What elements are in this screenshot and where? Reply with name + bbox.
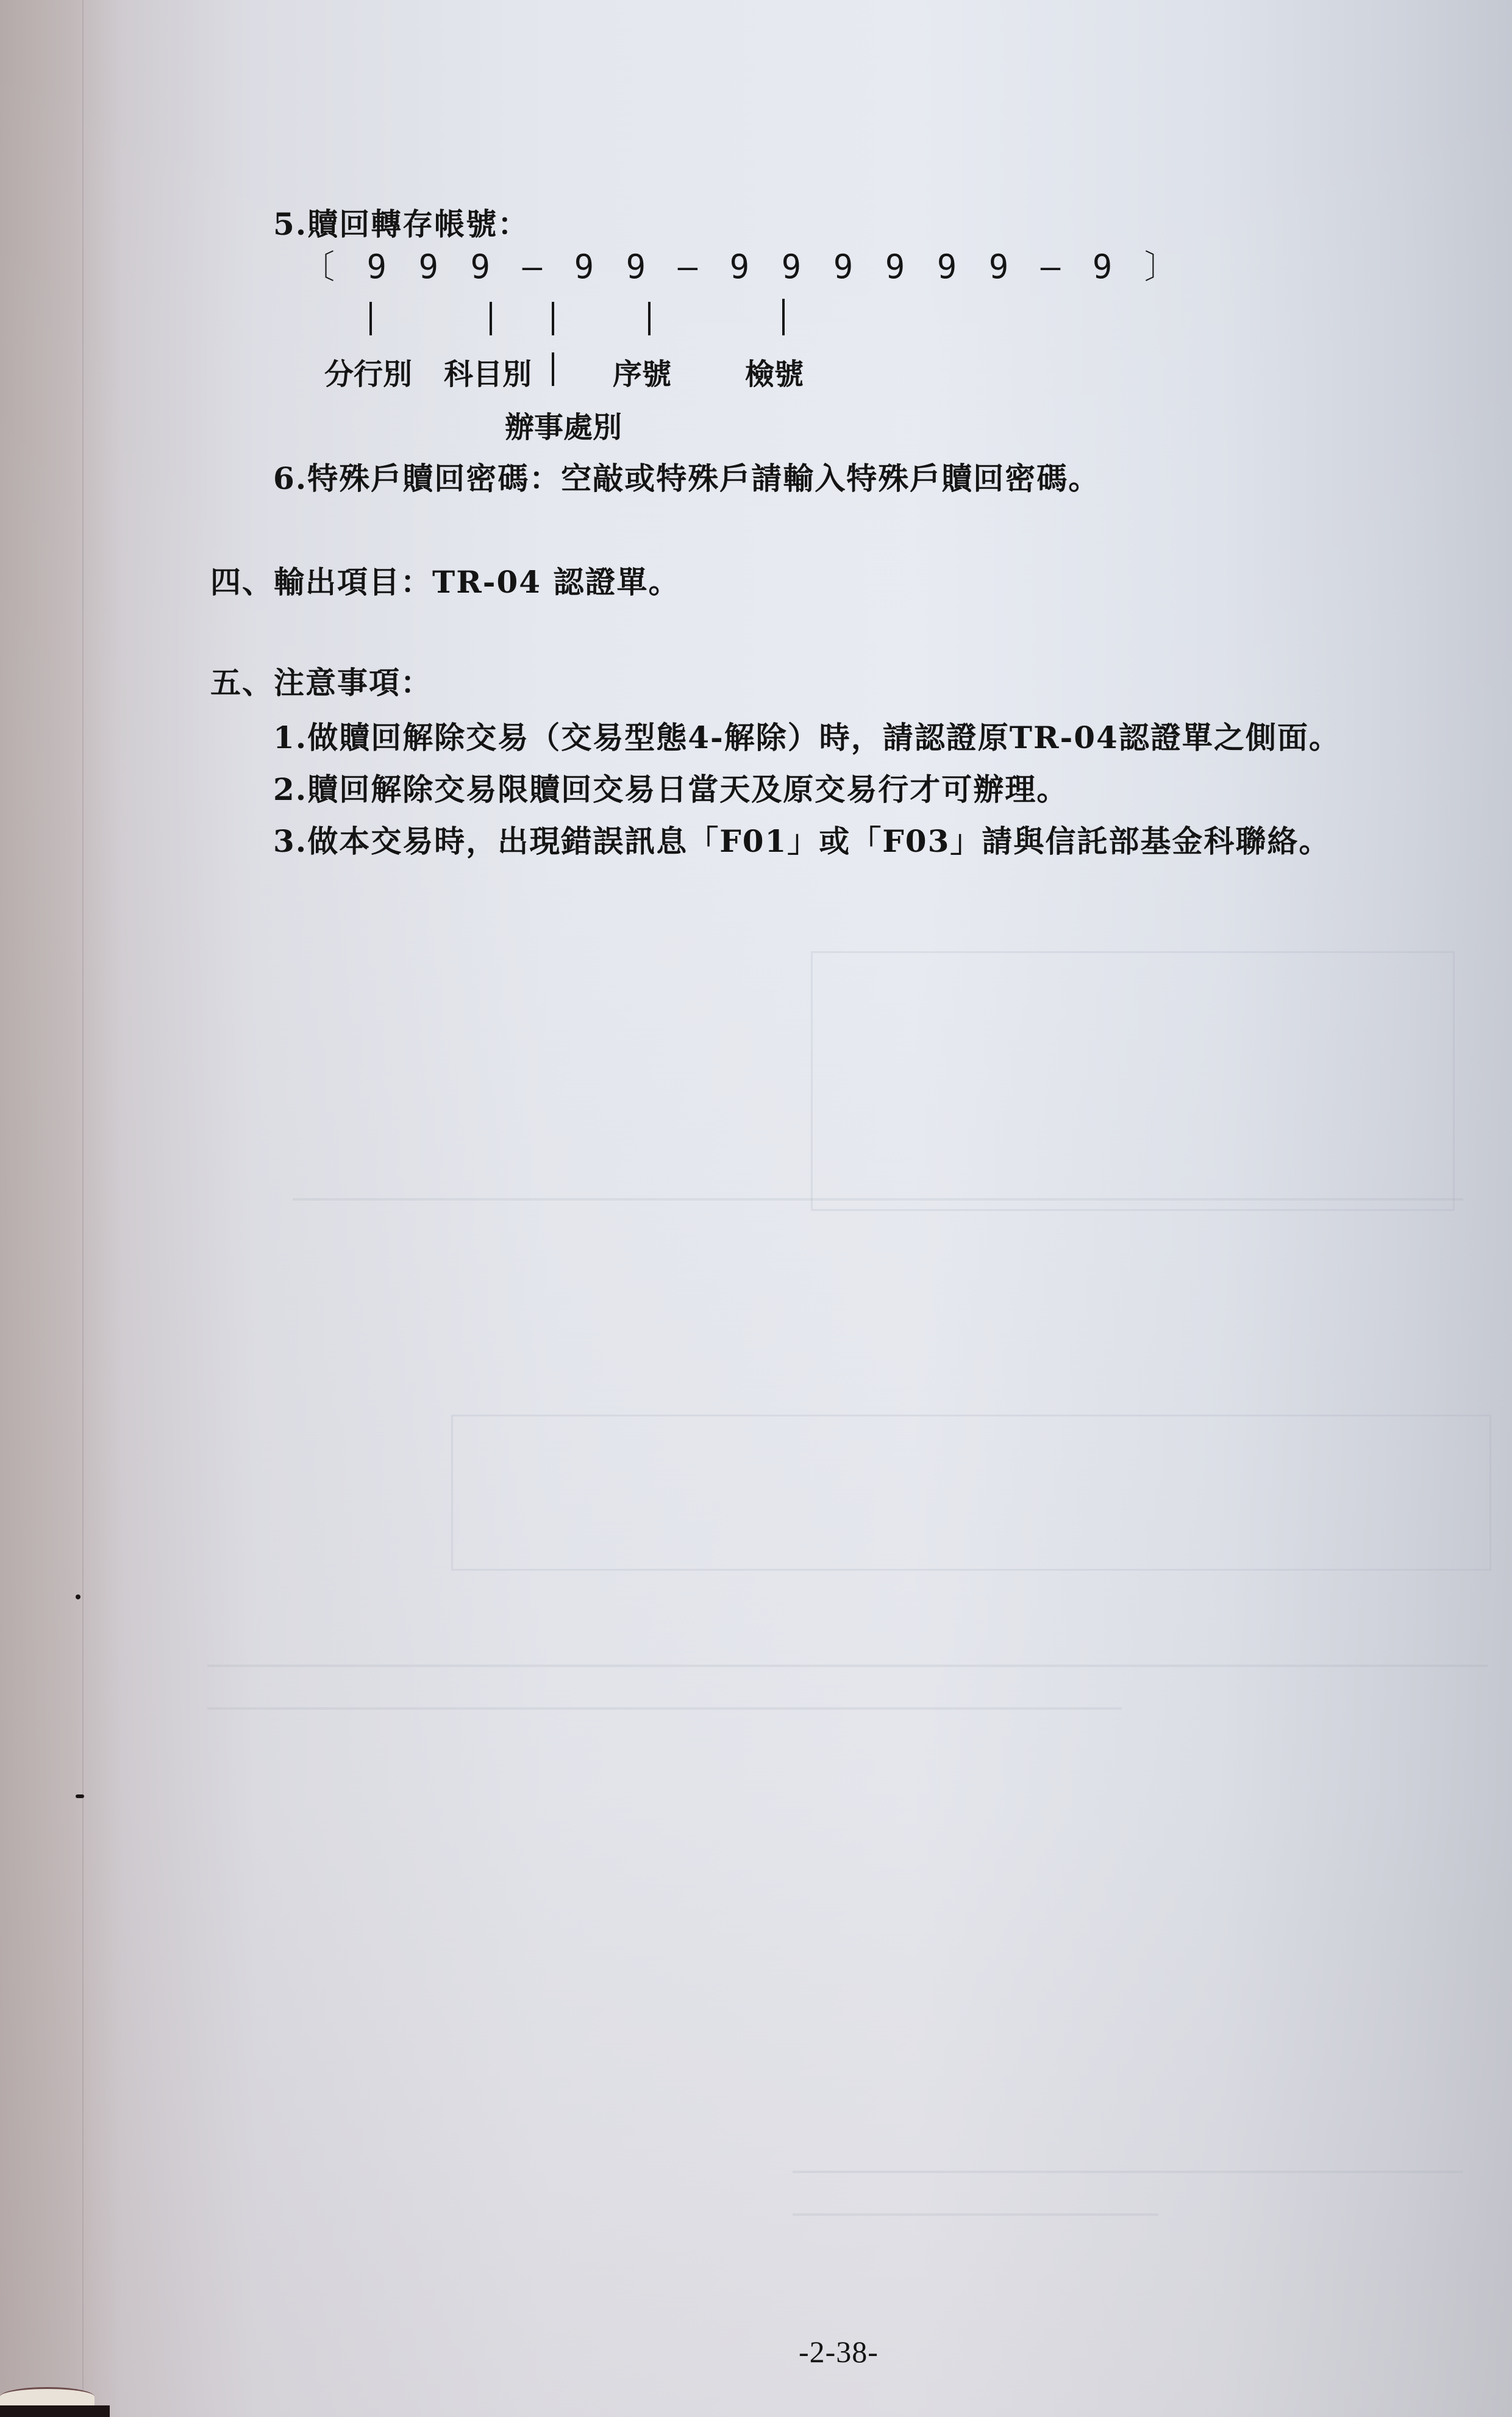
connector-branch	[369, 302, 372, 335]
field-label-office: 辦事處別	[505, 404, 622, 446]
connector-subject	[490, 302, 492, 335]
note-item-3: 3.做本交易時，出現錯誤訊息「F01」或「F03」請與信託部基金科聯絡。	[273, 817, 1330, 861]
show-through-table	[451, 1415, 1491, 1571]
item5-label: 5.贖回轉存帳號：	[273, 200, 529, 244]
edge-speck	[76, 1794, 84, 1798]
field-label-serial: 序號	[613, 351, 671, 393]
page-binding-edge	[82, 0, 84, 2417]
show-through-line	[793, 2171, 1463, 2173]
show-through-line	[207, 1707, 1122, 1710]
note-item-2: 2.贖回解除交易限贖回交易日當天及原交易行才可辦理。	[273, 765, 1068, 809]
show-through-line	[793, 2213, 1158, 2216]
show-through-box	[811, 951, 1455, 1211]
page-number: -2-38-	[799, 2334, 879, 2369]
connector-serial	[648, 302, 651, 335]
section4-output-items: 四、輸出項目：TR-04 認證單。	[210, 558, 680, 602]
note-item-1: 1.做贖回解除交易（交易型態4-解除）時，請認證原TR-04認證單之側面。	[273, 713, 1341, 757]
field-label-branch: 分行別	[324, 351, 412, 393]
section5-title: 五、注意事項：	[210, 659, 432, 702]
field-label-check: 檢號	[745, 351, 804, 393]
item6-text: 6.特殊戶贖回密碼：空敲或特殊戶請輸入特殊戶贖回密碼。	[273, 454, 1100, 498]
account-format-code: 〔 9 9 9 — 9 9 — 9 9 9 9 9 9 — 9 〕	[302, 241, 1183, 288]
show-through-line	[207, 1665, 1488, 1667]
edge-speck	[76, 1594, 80, 1599]
connector-office	[552, 302, 554, 335]
document-page: { "document": { "item5": { "label": "5.贖…	[0, 0, 1512, 2417]
connector-check	[782, 299, 785, 335]
field-label-subject: 科目別	[444, 351, 532, 393]
connector-office-lower	[552, 352, 554, 386]
show-through-line	[293, 1198, 1463, 1201]
page-underlay-shadow	[0, 2405, 110, 2417]
